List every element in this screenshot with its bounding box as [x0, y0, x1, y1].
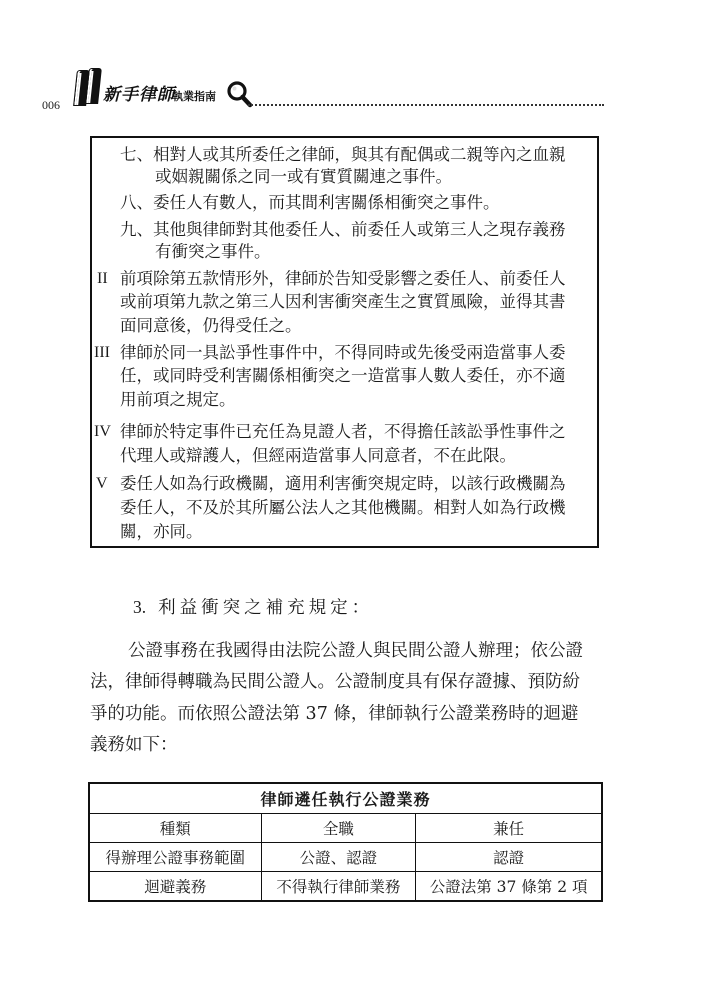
law-item-9: 九、其他與律師對其他委任人、前委任人或第三人之現存義務	[120, 220, 566, 240]
law-item-text: 其他與律師對其他委任人、前委任人或第三人之現存義務	[153, 220, 566, 239]
paragraph-v-line: 委任人，不及於其所屬公法人之其他機關。相對人如為行政機	[120, 498, 566, 518]
law-item-label: 八、	[120, 193, 153, 212]
paragraph-ii-line: 前項除第五款情形外，律師於告知受影響之委任人、前委任人	[120, 269, 566, 289]
paragraph-iii-line: 用前項之規定。	[120, 390, 236, 410]
table-header-cell: 種類	[89, 814, 261, 843]
paragraph-number-v: V	[96, 474, 108, 494]
table-title: 律師遴任執行公證業務	[89, 783, 602, 814]
section-number: 3.	[133, 597, 146, 617]
law-item-text: 相對人或其所委任之律師，與其有配偶或二親等內之血親	[153, 145, 566, 164]
table-row: 得辦理公證事務範圍 公證、認證 認證	[89, 843, 602, 872]
paragraph-v-line: 關，亦同。	[120, 522, 203, 542]
section-title: 利益衝突之補充規定：	[158, 598, 373, 618]
law-item-label: 七、	[120, 145, 153, 164]
table-cell: 認證	[416, 843, 602, 872]
law-item-text: 委任人有數人，而其間利害關係相衝突之事件。	[153, 193, 500, 212]
paragraph-number-iii: III	[94, 343, 110, 363]
paragraph-iv-line: 律師於特定事件已充任為見證人者，不得擔任該訟爭性事件之	[120, 422, 566, 442]
table-cell: 公證法第 37 條第 2 項	[416, 872, 602, 901]
paragraph-iii-line: 律師於同一具訟爭性事件中，不得同時或先後受兩造當事人委	[120, 343, 566, 363]
table-header-cell: 全職	[261, 814, 416, 843]
table-header-cell: 兼任	[416, 814, 602, 843]
law-item-8: 八、委任人有數人，而其間利害關係相衝突之事件。	[120, 193, 500, 213]
section-heading: 3.利益衝突之補充規定：	[133, 596, 373, 619]
law-item-7-continued: 或姻親關係之同一或有實質關連之事件。	[155, 167, 452, 187]
header-dotted-rule	[248, 104, 604, 106]
books-icon	[73, 66, 103, 106]
paragraph-iii-line: 任，或同時受利害關係相衝突之一造當事人數人委任，亦不適	[120, 366, 566, 386]
running-header-title: 新手律師	[103, 80, 175, 105]
table-cell: 公證、認證	[261, 843, 416, 872]
paragraph-ii-line: 或前項第九款之第三人因利害衝突產生之實質風險，並得其書	[120, 292, 566, 312]
body-paragraph-line: 法，律師得轉職為民間公證人。公證制度具有保存證據、預防紛	[90, 671, 580, 693]
body-paragraph-line: 公證事務在我國得由法院公證人與民間公證人辦理；依公證	[128, 640, 583, 662]
paragraph-number-iv: IV	[94, 422, 111, 442]
table-cell: 得辦理公證事務範圍	[89, 843, 261, 872]
body-paragraph-line: 義務如下：	[90, 734, 178, 756]
law-item-7: 七、相對人或其所委任之律師，與其有配偶或二親等內之血親	[120, 145, 566, 165]
paragraph-v-line: 委任人如為行政機關，適用利害衝突規定時，以該行政機關為	[120, 474, 566, 494]
table-header-row: 種類 全職 兼任	[89, 814, 602, 843]
paragraph-iv-line: 代理人或辯護人，但經兩造當事人同意者，不在此限。	[120, 446, 516, 466]
paragraph-ii-line: 面同意後，仍得受任之。	[120, 316, 302, 336]
law-item-9-continued: 有衝突之事件。	[155, 242, 271, 262]
page-number: 006	[42, 98, 60, 113]
table-row: 迴避義務 不得執行律師業務 公證法第 37 條第 2 項	[89, 872, 602, 901]
law-item-label: 九、	[120, 220, 153, 239]
running-header-subtitle: 執業指南	[172, 88, 216, 104]
paragraph-number-ii: II	[97, 269, 108, 289]
notary-duty-table: 律師遴任執行公證業務 種類 全職 兼任 得辦理公證事務範圍 公證、認證 認證 迴…	[88, 782, 603, 902]
body-paragraph-line: 爭的功能。而依照公證法第 37 條，律師執行公證業務時的迴避	[90, 703, 578, 725]
table-cell: 不得執行律師業務	[261, 872, 416, 901]
table-cell: 迴避義務	[89, 872, 261, 901]
